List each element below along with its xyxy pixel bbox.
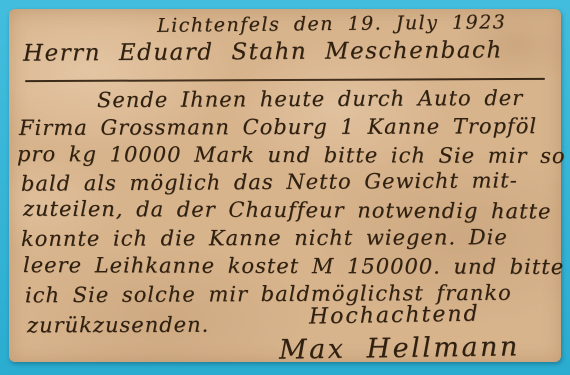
recipient-underline [25,78,545,82]
postcard-paper: Lichtenfels den 19. July 1923 Herrn Edua… [9,9,561,362]
postcard-photo: { "postcard": { "dateline": "Lichtenfels… [0,0,570,375]
dateline: Lichtenfels den 19. July 1923 [157,11,507,37]
body-line: pro kg 10000 Mark und bitte ich Sie mir … [17,142,566,168]
body-line: zuteilen, da der Chauffeur notwendig hat… [23,197,552,224]
body-line: Firma Grossmann Coburg 1 Kanne Tropföl [19,114,537,140]
body-line: bald als möglich das Netto Gewicht mit- [21,168,518,195]
body-line: Sende Ihnen heute durch Auto der [97,86,523,112]
recipient-name: Herrn Eduard Stahn Meschenbach [23,37,503,66]
body-line: zurükzusenden. [27,313,209,338]
signature: Max Hellmann [279,331,520,365]
closing-salutation: Hochachtend [309,302,480,330]
body-line: konnte ich die Kanne nicht wiegen. Die [21,225,508,251]
body-line: leere Leihkanne kostet M 150000. und bit… [23,253,564,279]
